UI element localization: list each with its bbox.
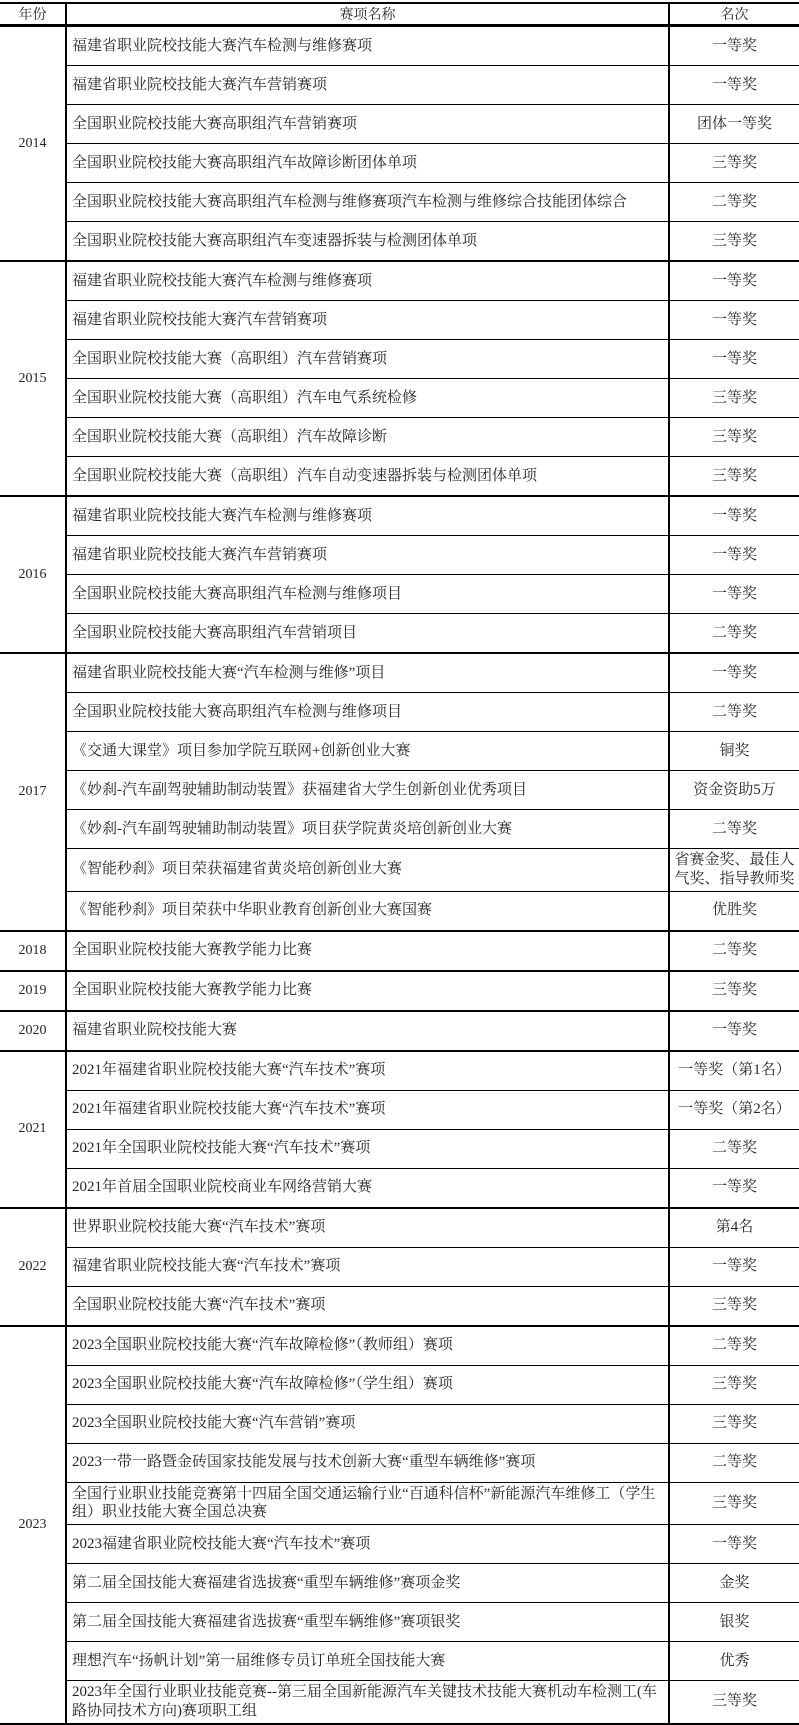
event-name-cell: 全国职业院校技能大赛高职组汽车变速器拆装与检测团体单项 <box>66 222 669 262</box>
table-row: 全国职业院校技能大赛（高职组）汽车故障诊断三等奖 <box>0 418 799 457</box>
rank-cell: 三等奖 <box>669 1404 799 1443</box>
table-row: 20232023全国职业院校技能大赛“汽车故障检修”（教师组）赛项二等奖 <box>0 1326 799 1366</box>
event-name-cell: 第二届全国技能大赛福建省选拔赛“重型车辆维修”赛项银奖 <box>66 1603 669 1642</box>
rank-cell: 一等奖 <box>669 1525 799 1564</box>
table-row: 2021年福建省职业院校技能大赛“汽车技术”赛项一等奖（第2名） <box>0 1090 799 1129</box>
event-name-cell: 2021年首届全国职业院校商业车网络营销大赛 <box>66 1168 669 1208</box>
rank-cell: 二等奖 <box>669 931 799 971</box>
event-name-cell: 福建省职业院校技能大赛汽车营销赛项 <box>66 536 669 575</box>
awards-page: 年份 赛项名称 名次 2014福建省职业院校技能大赛汽车检测与维修赛项一等奖福建… <box>0 0 799 1725</box>
event-name-cell: 全国职业院校技能大赛“汽车技术”赛项 <box>66 1286 669 1326</box>
event-name-cell: 全国职业院校技能大赛高职组汽车检测与维修项目 <box>66 575 669 614</box>
event-name-cell: 全国职业院校技能大赛高职组汽车检测与维修项目 <box>66 693 669 732</box>
rank-cell: 一等奖 <box>669 340 799 379</box>
rank-cell: 三等奖 <box>669 1482 799 1525</box>
event-name-cell: 福建省职业院校技能大赛“汽车检测与维修”项目 <box>66 653 669 693</box>
event-name-cell: 2021年福建省职业院校技能大赛“汽车技术”赛项 <box>66 1051 669 1091</box>
table-row: 全国职业院校技能大赛高职组汽车营销赛项团体一等奖 <box>0 105 799 144</box>
rank-cell: 一等奖（第2名） <box>669 1090 799 1129</box>
event-name-cell: 2023福建省职业院校技能大赛“汽车技术”赛项 <box>66 1525 669 1564</box>
table-row: 2023一带一路暨金砖国家技能发展与技术创新大赛“重型车辆维修”赛项二等奖 <box>0 1443 799 1482</box>
rank-cell: 铜奖 <box>669 732 799 771</box>
rank-cell: 银奖 <box>669 1603 799 1642</box>
event-name-cell: 《妙刹-汽车副驾驶辅助制动装置》项目获学院黄炎培创新创业大赛 <box>66 810 669 849</box>
table-row: 2020福建省职业院校技能大赛一等奖 <box>0 1011 799 1051</box>
table-row: 2017福建省职业院校技能大赛“汽车检测与维修”项目一等奖 <box>0 653 799 693</box>
rank-cell: 一等奖 <box>669 301 799 340</box>
event-name-cell: 福建省职业院校技能大赛汽车检测与维修赛项 <box>66 261 669 301</box>
header-year: 年份 <box>0 3 66 26</box>
year-cell: 2022 <box>0 1208 66 1326</box>
event-name-cell: 2021年福建省职业院校技能大赛“汽车技术”赛项 <box>66 1090 669 1129</box>
rank-cell: 一等奖 <box>669 575 799 614</box>
table-header: 年份 赛项名称 名次 <box>0 3 799 26</box>
event-name-cell: 《智能秒刹》项目荣获福建省黄炎培创新创业大赛 <box>66 849 669 892</box>
rank-cell: 一等奖 <box>669 1011 799 1051</box>
header-event: 赛项名称 <box>66 3 669 26</box>
awards-table: 年份 赛项名称 名次 2014福建省职业院校技能大赛汽车检测与维修赛项一等奖福建… <box>0 2 799 1725</box>
awards-table-body: 2014福建省职业院校技能大赛汽车检测与维修赛项一等奖福建省职业院校技能大赛汽车… <box>0 26 799 1724</box>
year-cell: 2021 <box>0 1051 66 1208</box>
table-row: 《妙刹-汽车副驾驶辅助制动装置》项目获学院黄炎培创新创业大赛二等奖 <box>0 810 799 849</box>
table-row: 全国职业院校技能大赛高职组汽车变速器拆装与检测团体单项三等奖 <box>0 222 799 262</box>
table-row: 2023全国职业院校技能大赛“汽车营销”赛项三等奖 <box>0 1404 799 1443</box>
table-row: 《妙刹-汽车副驾驶辅助制动装置》获福建省大学生创新创业优秀项目资金资助5万 <box>0 771 799 810</box>
rank-cell: 三等奖 <box>669 457 799 497</box>
year-cell: 2019 <box>0 971 66 1011</box>
event-name-cell: 全国职业院校技能大赛（高职组）汽车自动变速器拆装与检测团体单项 <box>66 457 669 497</box>
event-name-cell: 2023全国职业院校技能大赛“汽车故障检修”（学生组）赛项 <box>66 1365 669 1404</box>
table-row: 2021年全国职业院校技能大赛“汽车技术”赛项二等奖 <box>0 1129 799 1168</box>
rank-cell: 优秀 <box>669 1642 799 1681</box>
event-name-cell: 全国职业院校技能大赛教学能力比赛 <box>66 971 669 1011</box>
rank-cell: 三等奖 <box>669 222 799 262</box>
year-cell: 2014 <box>0 26 66 262</box>
table-row: 全国职业院校技能大赛高职组汽车检测与维修赛项汽车检测与维修综合技能团体综合二等奖 <box>0 183 799 222</box>
rank-cell: 三等奖 <box>669 1286 799 1326</box>
rank-cell: 三等奖 <box>669 418 799 457</box>
table-row: 福建省职业院校技能大赛汽车营销赛项一等奖 <box>0 66 799 105</box>
table-row: 2022世界职业院校技能大赛“汽车技术”赛项第4名 <box>0 1208 799 1248</box>
year-cell: 2017 <box>0 653 66 931</box>
event-name-cell: 福建省职业院校技能大赛“汽车技术”赛项 <box>66 1247 669 1286</box>
rank-cell: 一等奖 <box>669 26 799 66</box>
event-name-cell: 全国行业职业技能竞赛第十四届全国交通运输行业“百通科信杯”新能源汽车维修工（学生… <box>66 1482 669 1525</box>
table-row: 全国行业职业技能竞赛第十四届全国交通运输行业“百通科信杯”新能源汽车维修工（学生… <box>0 1482 799 1525</box>
year-cell: 2018 <box>0 931 66 971</box>
table-row: 福建省职业院校技能大赛“汽车技术”赛项一等奖 <box>0 1247 799 1286</box>
year-cell: 2015 <box>0 261 66 496</box>
event-name-cell: 《智能秒刹》项目荣获中华职业教育创新创业大赛国赛 <box>66 891 669 931</box>
table-row: 2023全国职业院校技能大赛“汽车故障检修”（学生组）赛项三等奖 <box>0 1365 799 1404</box>
table-row: 全国职业院校技能大赛高职组汽车检测与维修项目二等奖 <box>0 693 799 732</box>
rank-cell: 一等奖 <box>669 653 799 693</box>
year-cell: 2016 <box>0 496 66 653</box>
event-name-cell: 理想汽车“扬帆计划”第一届维修专员订单班全国技能大赛 <box>66 1642 669 1681</box>
rank-cell: 一等奖 <box>669 261 799 301</box>
rank-cell: 二等奖 <box>669 1326 799 1366</box>
rank-cell: 二等奖 <box>669 183 799 222</box>
header-row: 年份 赛项名称 名次 <box>0 3 799 26</box>
event-name-cell: 2023全国职业院校技能大赛“汽车故障检修”（教师组）赛项 <box>66 1326 669 1366</box>
rank-cell: 二等奖 <box>669 693 799 732</box>
year-cell: 2023 <box>0 1326 66 1724</box>
rank-cell: 一等奖 <box>669 1168 799 1208</box>
event-name-cell: 全国职业院校技能大赛高职组汽车营销赛项 <box>66 105 669 144</box>
event-name-cell: 福建省职业院校技能大赛汽车检测与维修赛项 <box>66 496 669 536</box>
header-rank: 名次 <box>669 3 799 26</box>
event-name-cell: 福建省职业院校技能大赛汽车检测与维修赛项 <box>66 26 669 66</box>
event-name-cell: 2023一带一路暨金砖国家技能发展与技术创新大赛“重型车辆维修”赛项 <box>66 1443 669 1482</box>
event-name-cell: 2021年全国职业院校技能大赛“汽车技术”赛项 <box>66 1129 669 1168</box>
event-name-cell: 全国职业院校技能大赛高职组汽车营销项目 <box>66 614 669 654</box>
rank-cell: 金奖 <box>669 1564 799 1603</box>
rank-cell: 三等奖 <box>669 144 799 183</box>
event-name-cell: 全国职业院校技能大赛高职组汽车检测与维修赛项汽车检测与维修综合技能团体综合 <box>66 183 669 222</box>
table-row: 第二届全国技能大赛福建省选拔赛“重型车辆维修”赛项金奖金奖 <box>0 1564 799 1603</box>
rank-cell: 三等奖 <box>669 971 799 1011</box>
rank-cell: 二等奖 <box>669 1443 799 1482</box>
table-row: 2023福建省职业院校技能大赛“汽车技术”赛项一等奖 <box>0 1525 799 1564</box>
table-row: 全国职业院校技能大赛（高职组）汽车营销赛项一等奖 <box>0 340 799 379</box>
rank-cell: 第4名 <box>669 1208 799 1248</box>
rank-cell: 二等奖 <box>669 810 799 849</box>
event-name-cell: 2023年全国行业职业技能竞赛--第三届全国新能源汽车关键技术技能大赛机动车检测… <box>66 1681 669 1724</box>
event-name-cell: 2023全国职业院校技能大赛“汽车营销”赛项 <box>66 1404 669 1443</box>
table-row: 2019全国职业院校技能大赛教学能力比赛三等奖 <box>0 971 799 1011</box>
table-row: 福建省职业院校技能大赛汽车营销赛项一等奖 <box>0 301 799 340</box>
event-name-cell: 世界职业院校技能大赛“汽车技术”赛项 <box>66 1208 669 1248</box>
event-name-cell: 全国职业院校技能大赛高职组汽车故障诊断团体单项 <box>66 144 669 183</box>
table-row: 全国职业院校技能大赛（高职组）汽车自动变速器拆装与检测团体单项三等奖 <box>0 457 799 497</box>
table-row: 20212021年福建省职业院校技能大赛“汽车技术”赛项一等奖（第1名） <box>0 1051 799 1091</box>
table-row: 2021年首届全国职业院校商业车网络营销大赛一等奖 <box>0 1168 799 1208</box>
table-row: 全国职业院校技能大赛高职组汽车故障诊断团体单项三等奖 <box>0 144 799 183</box>
year-cell: 2020 <box>0 1011 66 1051</box>
rank-cell: 二等奖 <box>669 1129 799 1168</box>
table-row: 全国职业院校技能大赛高职组汽车检测与维修项目一等奖 <box>0 575 799 614</box>
event-name-cell: 全国职业院校技能大赛教学能力比赛 <box>66 931 669 971</box>
table-row: 《交通大课堂》项目参加学院互联网+创新创业大赛铜奖 <box>0 732 799 771</box>
event-name-cell: 福建省职业院校技能大赛汽车营销赛项 <box>66 66 669 105</box>
event-name-cell: 全国职业院校技能大赛（高职组）汽车营销赛项 <box>66 340 669 379</box>
rank-cell: 三等奖 <box>669 1681 799 1724</box>
table-row: 2023年全国行业职业技能竞赛--第三届全国新能源汽车关键技术技能大赛机动车检测… <box>0 1681 799 1724</box>
rank-cell: 一等奖（第1名） <box>669 1051 799 1091</box>
event-name-cell: 全国职业院校技能大赛（高职组）汽车故障诊断 <box>66 418 669 457</box>
rank-cell: 一等奖 <box>669 1247 799 1286</box>
event-name-cell: 《交通大课堂》项目参加学院互联网+创新创业大赛 <box>66 732 669 771</box>
rank-cell: 团体一等奖 <box>669 105 799 144</box>
table-row: 2018全国职业院校技能大赛教学能力比赛二等奖 <box>0 931 799 971</box>
table-row: 2015福建省职业院校技能大赛汽车检测与维修赛项一等奖 <box>0 261 799 301</box>
table-row: 福建省职业院校技能大赛汽车营销赛项一等奖 <box>0 536 799 575</box>
table-row: 《智能秒刹》项目荣获中华职业教育创新创业大赛国赛优胜奖 <box>0 891 799 931</box>
rank-cell: 一等奖 <box>669 66 799 105</box>
event-name-cell: 第二届全国技能大赛福建省选拔赛“重型车辆维修”赛项金奖 <box>66 1564 669 1603</box>
event-name-cell: 福建省职业院校技能大赛汽车营销赛项 <box>66 301 669 340</box>
table-row: 理想汽车“扬帆计划”第一届维修专员订单班全国技能大赛优秀 <box>0 1642 799 1681</box>
rank-cell: 一等奖 <box>669 496 799 536</box>
event-name-cell: 全国职业院校技能大赛（高职组）汽车电气系统检修 <box>66 379 669 418</box>
event-name-cell: 福建省职业院校技能大赛 <box>66 1011 669 1051</box>
event-name-cell: 《妙刹-汽车副驾驶辅助制动装置》获福建省大学生创新创业优秀项目 <box>66 771 669 810</box>
rank-cell: 优胜奖 <box>669 891 799 931</box>
rank-cell: 二等奖 <box>669 614 799 654</box>
rank-cell: 省赛金奖、最佳人气奖、指导教师奖 <box>669 849 799 892</box>
table-row: 第二届全国技能大赛福建省选拔赛“重型车辆维修”赛项银奖银奖 <box>0 1603 799 1642</box>
rank-cell: 三等奖 <box>669 379 799 418</box>
table-row: 2014福建省职业院校技能大赛汽车检测与维修赛项一等奖 <box>0 26 799 66</box>
table-row: 全国职业院校技能大赛“汽车技术”赛项三等奖 <box>0 1286 799 1326</box>
table-row: 《智能秒刹》项目荣获福建省黄炎培创新创业大赛省赛金奖、最佳人气奖、指导教师奖 <box>0 849 799 892</box>
rank-cell: 三等奖 <box>669 1365 799 1404</box>
rank-cell: 一等奖 <box>669 536 799 575</box>
rank-cell: 资金资助5万 <box>669 771 799 810</box>
table-row: 全国职业院校技能大赛（高职组）汽车电气系统检修三等奖 <box>0 379 799 418</box>
table-row: 全国职业院校技能大赛高职组汽车营销项目二等奖 <box>0 614 799 654</box>
table-row: 2016福建省职业院校技能大赛汽车检测与维修赛项一等奖 <box>0 496 799 536</box>
